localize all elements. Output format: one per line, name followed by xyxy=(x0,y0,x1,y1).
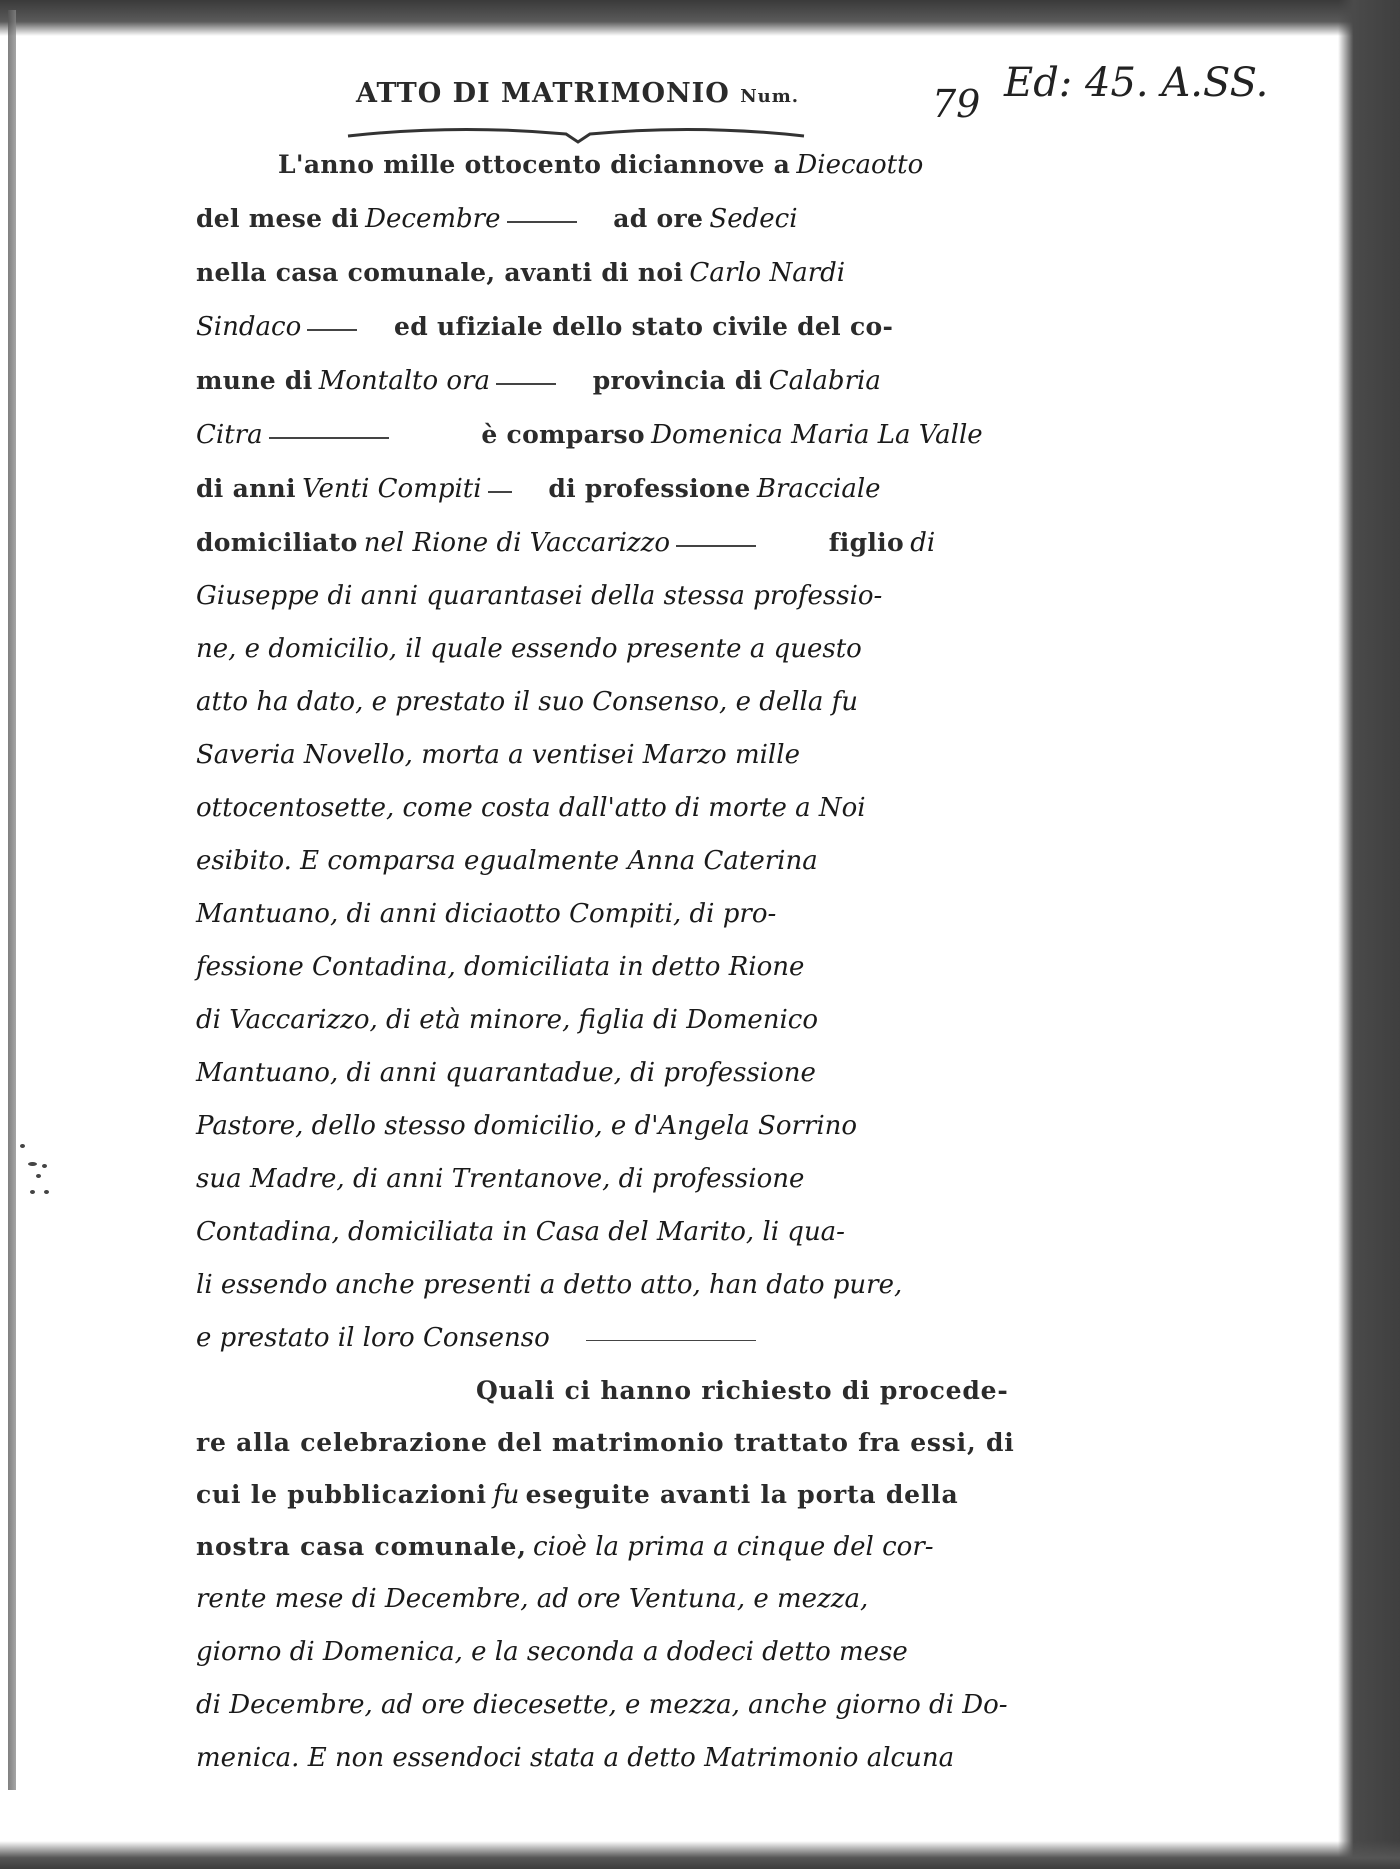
handwritten-province: Calabria xyxy=(769,366,881,396)
handwritten-line: Contadina, domiciliata in Casa del Marit… xyxy=(196,1206,1076,1259)
title-text: ATTO DI MATRIMONIO xyxy=(356,78,730,109)
handwritten-title: Sindaco xyxy=(196,312,301,342)
handwritten-line: Pastore, dello stesso domicilio, e d'Ang… xyxy=(196,1100,1076,1153)
number-label: Num. xyxy=(740,86,799,107)
fill-rule xyxy=(507,220,577,223)
printed-text: di anni xyxy=(196,474,296,503)
intro-line-6: Citra è comparso Domenica Maria La Valle xyxy=(196,408,1076,462)
handwritten-line: Saveria Novello, morta a ventisei Marzo … xyxy=(196,729,1076,782)
handwritten-line-with-rule: e prestato il loro Consenso xyxy=(196,1312,1076,1365)
printed-text: eseguite avanti la porta della xyxy=(526,1480,959,1509)
intro-line-1: L'anno mille ottocento diciannove a Diec… xyxy=(196,138,1076,192)
fill-rule xyxy=(586,1339,756,1341)
printed-text: L'anno mille ottocento diciannove a xyxy=(278,150,790,179)
printed-text: domiciliato xyxy=(196,528,358,557)
intro-line-5: mune di Montalto ora provincia di Calabr… xyxy=(196,354,1076,408)
intro-line-3: nella casa comunale, avanti di noi Carlo… xyxy=(196,246,1076,300)
handwritten-line: Mantuano, di anni diciaotto Compiti, di … xyxy=(196,888,1076,941)
handwritten-line: li essendo anche presenti a detto atto, … xyxy=(196,1259,1076,1312)
printed-text: ad ore xyxy=(613,204,703,233)
handwritten-day: Diecaotto xyxy=(796,150,923,180)
closing-line-3: cui le pubblicazioni fu eseguite avanti … xyxy=(196,1469,1076,1521)
handwritten-text: di xyxy=(910,528,935,558)
handwritten-province-cont: Citra xyxy=(196,420,263,450)
handwritten-line: giorno di Domenica, e la seconda a dodec… xyxy=(196,1626,1076,1679)
handwritten-line: esibito. E comparsa egualmente Anna Cate… xyxy=(196,835,1076,888)
handwritten-line: Giuseppe di anni quarantasei della stess… xyxy=(196,570,1076,623)
handwritten-line: fessione Contadina, domiciliata in detto… xyxy=(196,941,1076,994)
handwritten-line: di Decembre, ad ore diecesette, e mezza,… xyxy=(196,1679,1076,1732)
scan-border-bottom xyxy=(0,1841,1400,1869)
scanned-page: ATTO DI MATRIMONIO Num. 79 Ed: 45. A.SS.… xyxy=(0,0,1400,1869)
printed-text: di professione xyxy=(548,474,750,503)
handwritten-hour: Sedeci xyxy=(709,204,797,234)
handwritten-commune: Montalto ora xyxy=(319,366,490,396)
marriage-act-document: ATTO DI MATRIMONIO Num. 79 Ed: 45. A.SS.… xyxy=(196,68,1076,1785)
printed-text: re alla celebrazione del matrimonio trat… xyxy=(196,1428,1015,1457)
handwritten-line: ottocentosette, come costa dall'atto di … xyxy=(196,782,1076,835)
closing-line-1: Quali ci hanno richiesto di procede- xyxy=(196,1365,1076,1417)
intro-line-8: domiciliato nel Rione di Vaccarizzo figl… xyxy=(196,516,1076,570)
intro-line-2: del mese di Decembre ad ore Sedeci xyxy=(196,192,1076,246)
closing-line-2: re alla celebrazione del matrimonio trat… xyxy=(196,1417,1076,1469)
printed-text: ed ufiziale dello stato civile del co- xyxy=(394,312,893,341)
handwritten-line: Mantuano, di anni quarantadue, di profes… xyxy=(196,1047,1076,1100)
handwritten-line: rente mese di Decembre, ad ore Ventuna, … xyxy=(196,1573,1076,1626)
handwritten-line: sua Madre, di anni Trentanove, di profes… xyxy=(196,1153,1076,1206)
handwritten-groom-profession: Bracciale xyxy=(757,474,881,504)
handwritten-text: e prestato il loro Consenso xyxy=(196,1323,550,1353)
fill-rule xyxy=(496,382,556,385)
fill-rule xyxy=(269,436,389,439)
act-number: 79 xyxy=(932,82,980,126)
handwritten-line: atto ha dato, e prestato il suo Consenso… xyxy=(196,676,1076,729)
fill-rule xyxy=(488,490,512,493)
fill-rule xyxy=(676,544,756,547)
document-header: ATTO DI MATRIMONIO Num. 79 Ed: 45. A.SS. xyxy=(196,68,1076,138)
handwritten-body: Giuseppe di anni quarantasei della stess… xyxy=(196,570,1076,1365)
handwritten-groom-name: Domenica Maria La Valle xyxy=(651,420,983,450)
fill-rule xyxy=(307,328,357,331)
printed-text: provincia di xyxy=(593,366,763,395)
scan-border-top xyxy=(0,0,1400,36)
printed-text: Quali ci hanno richiesto di procede- xyxy=(476,1376,1009,1405)
printed-text: del mese di xyxy=(196,204,359,233)
printed-form-intro: L'anno mille ottocento diciannove a Diec… xyxy=(196,138,1076,570)
margin-ink-specks xyxy=(18,1140,58,1200)
scan-border-right xyxy=(1338,0,1400,1869)
handwritten-groom-age: Venti Compiti xyxy=(302,474,481,504)
printed-text: è comparso xyxy=(481,420,645,449)
printed-text: nostra casa comunale, xyxy=(196,1532,527,1561)
reference-note: Ed: 45. A.SS. xyxy=(1004,60,1268,106)
intro-line-4: Sindaco ed ufiziale dello stato civile d… xyxy=(196,300,1076,354)
printed-text: mune di xyxy=(196,366,313,395)
closing-line-4: nostra casa comunale, cioè la prima a ci… xyxy=(196,1521,1076,1573)
intro-line-7: di anni Venti Compiti di professione Bra… xyxy=(196,462,1076,516)
scan-border-left xyxy=(8,10,16,1790)
handwritten-line: di Vaccarizzo, di età minore, figlia di … xyxy=(196,994,1076,1047)
printed-text: cui le pubblicazioni xyxy=(196,1480,487,1509)
handwritten-text: fu xyxy=(493,1480,519,1510)
handwritten-groom-residence: nel Rione di Vaccarizzo xyxy=(364,528,670,558)
handwritten-closing: rente mese di Decembre, ad ore Ventuna, … xyxy=(196,1573,1076,1785)
handwritten-month: Decembre xyxy=(365,204,500,234)
printed-text: nella casa comunale, avanti di noi xyxy=(196,258,683,287)
printed-form-closing: Quali ci hanno richiesto di procede- re … xyxy=(196,1365,1076,1573)
handwritten-line: ne, e domicilio, il quale essendo presen… xyxy=(196,623,1076,676)
handwritten-text: cioè la prima a cinque del cor- xyxy=(533,1532,934,1562)
document-title: ATTO DI MATRIMONIO Num. xyxy=(356,78,799,109)
printed-text: figlio xyxy=(829,528,904,557)
handwritten-official-name: Carlo Nardi xyxy=(689,258,845,288)
handwritten-line: menica. E non essendoci stata a detto Ma… xyxy=(196,1732,1076,1785)
